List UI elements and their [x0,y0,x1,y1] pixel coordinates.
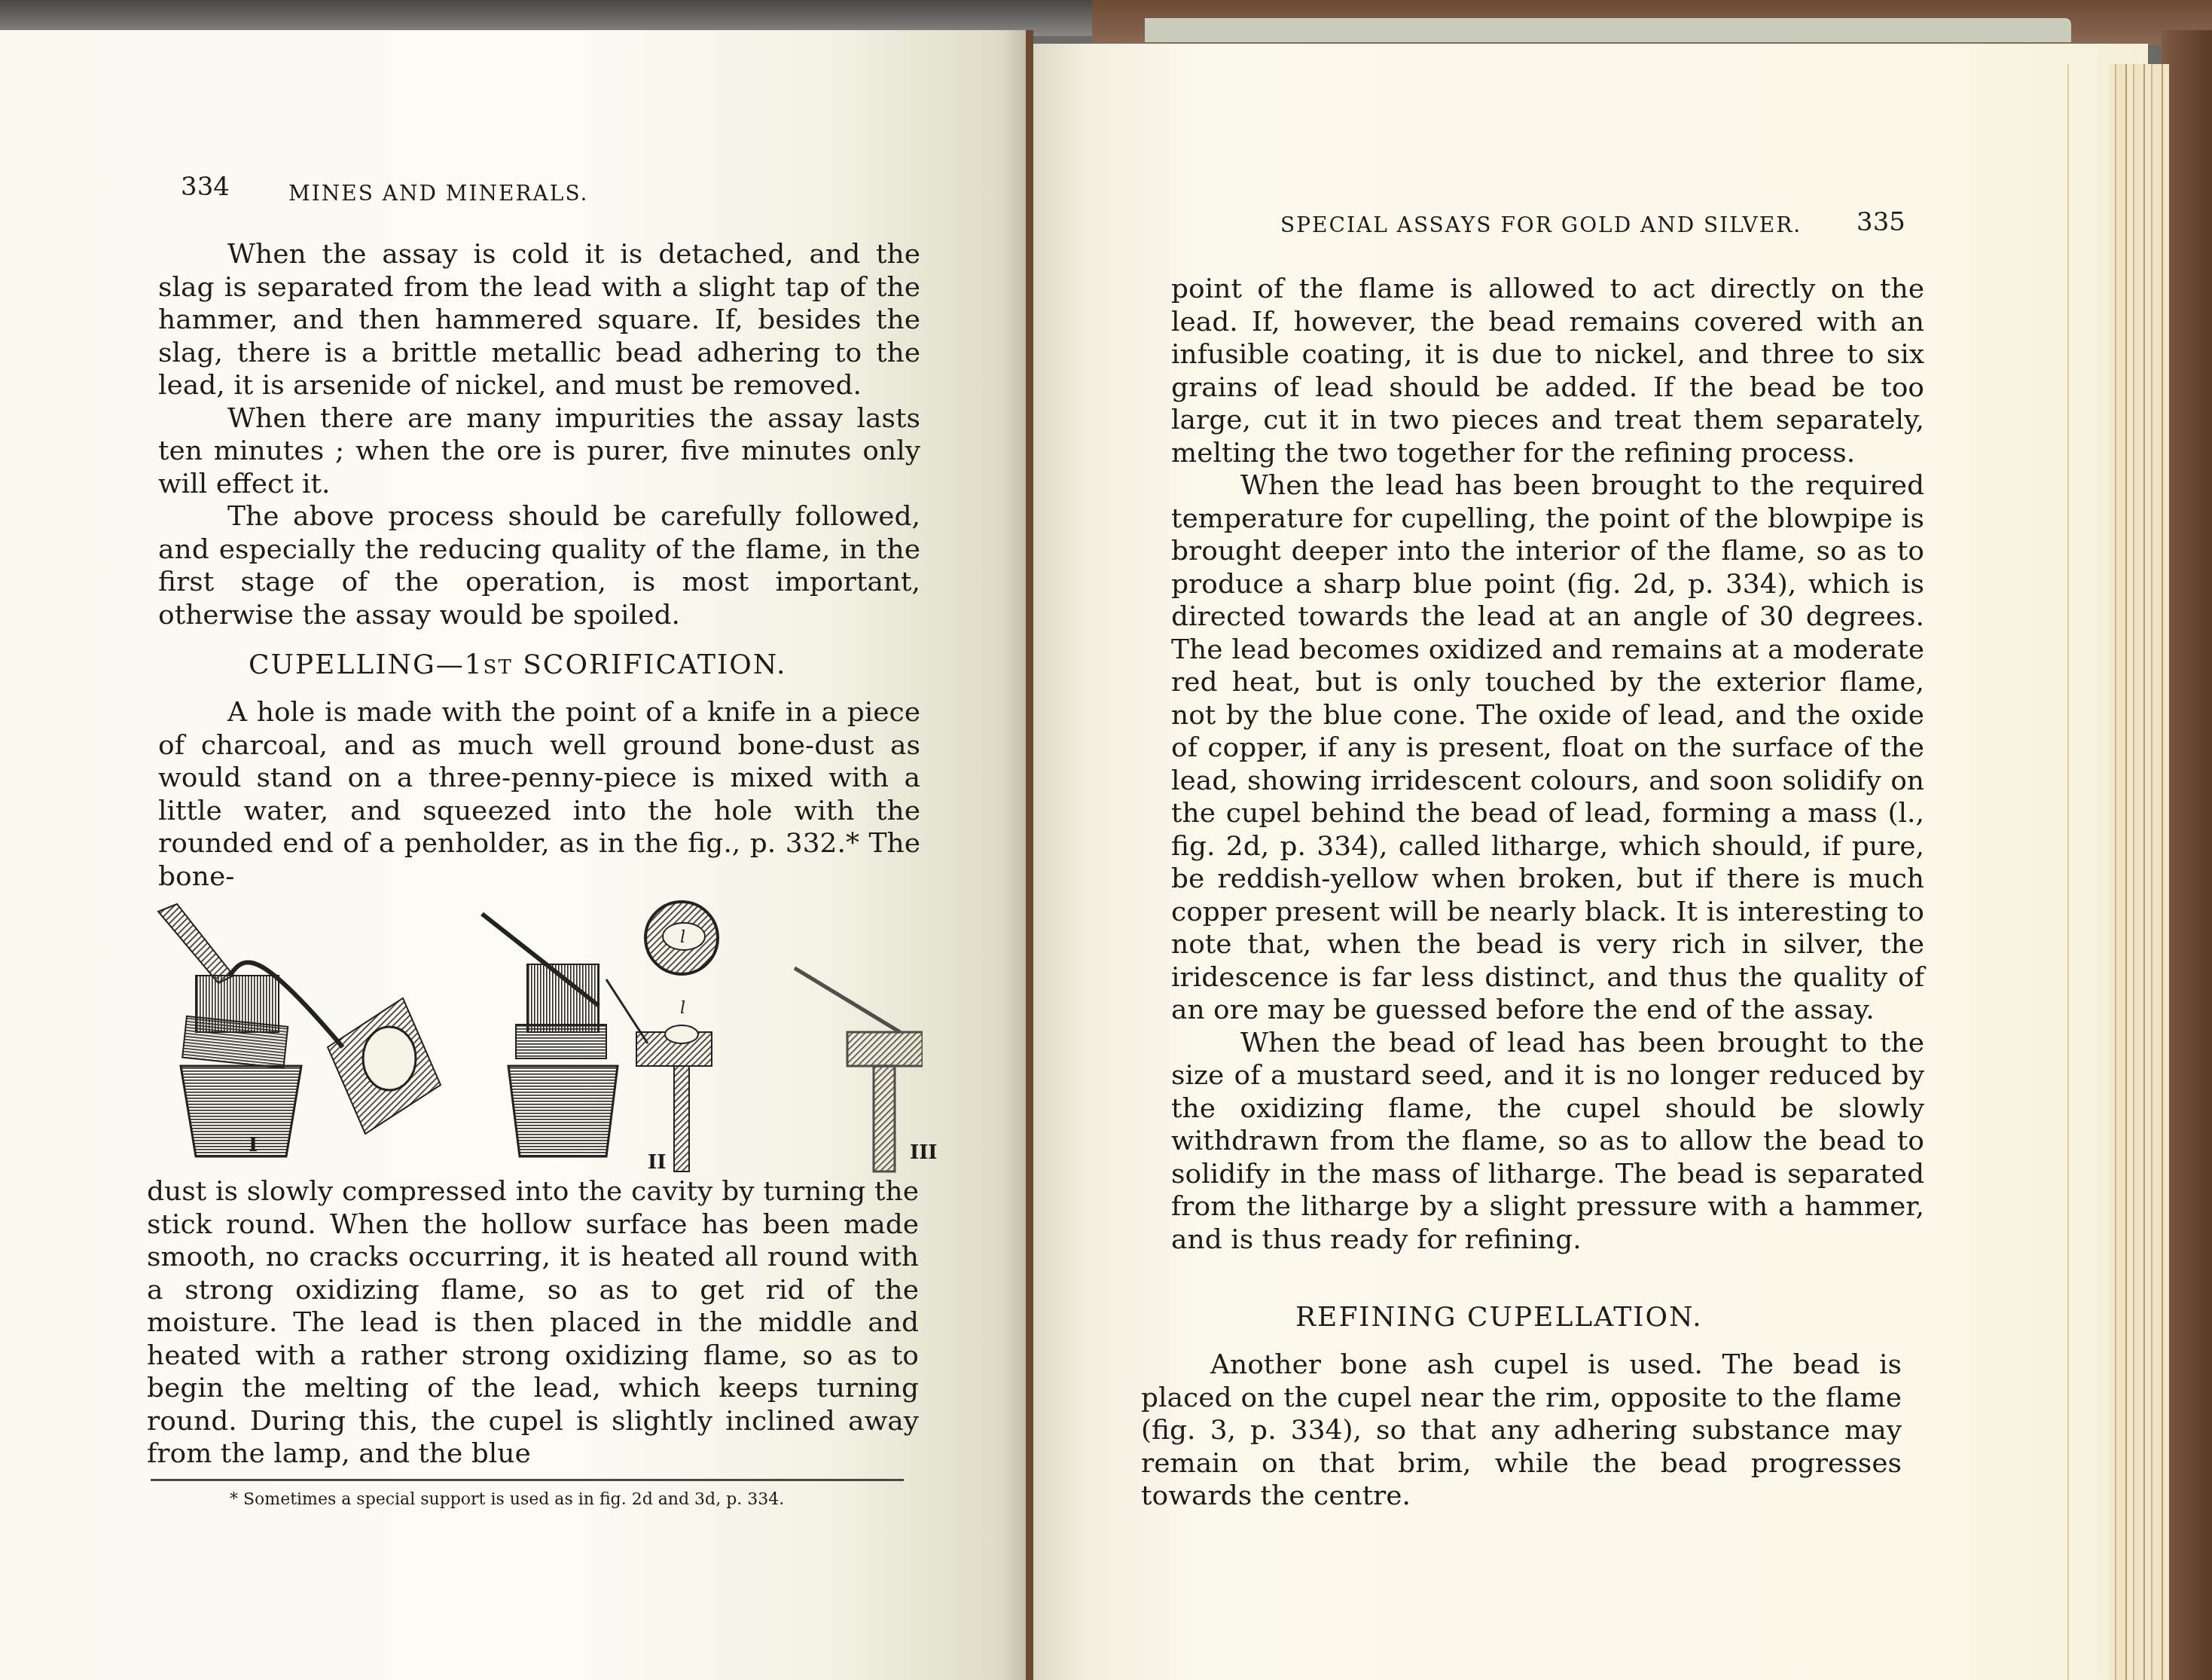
paragraph: Another bone ash cupel is used. The bead… [1141,1349,1902,1513]
svg-text:l: l [680,999,685,1018]
paragraph: When the assay is cold it is detached, a… [158,238,920,402]
section-heading-refining: REFINING CUPELLATION. [1295,1302,1703,1333]
paragraph: point of the flame is allowed to act dir… [1171,273,1924,469]
left-body-top: When the assay is cold it is detached, a… [158,238,920,631]
right-body-refining: Another bone ash cupel is used. The bead… [1141,1349,1902,1513]
figure-label-ii: II [648,1151,666,1174]
paragraph: The above process should be carefully fo… [158,500,920,631]
left-body-after-figure: dust is slowly compressed into the cavit… [147,1175,919,1471]
footnote: * Sometimes a special support is used as… [230,1490,784,1509]
paragraph: dust is slowly compressed into the cavit… [147,1175,919,1471]
book-cover-right [2162,30,2212,1680]
right-page-number: 335 [1857,207,1905,237]
left-body-before-figure: A hole is made with the point of a knife… [158,696,920,893]
paragraph: When there are many impurities the assay… [158,402,920,501]
figure-iii-cupel [795,968,923,1171]
cupellation-figure: l l [154,893,923,1179]
page-edges [2109,64,2169,1680]
figure-ii-lamp [482,914,648,1156]
book-gutter [1026,30,1033,1680]
book-cover-endpaper [1145,18,2071,42]
cupel-section: l [636,999,712,1171]
right-running-head: SPECIAL ASSAYS FOR GOLD AND SILVER. [1280,212,1802,237]
paragraph: A hole is made with the point of a knife… [158,696,920,893]
figure-label-i: I [249,1134,258,1156]
svg-text:l: l [680,928,685,947]
right-body: point of the flame is allowed to act dir… [1171,273,1924,1256]
page-edge-line [2067,64,2069,1680]
figure-label-iii: III [910,1141,938,1164]
figure-i-lamp [158,904,441,1156]
paragraph: When the lead has been brought to the re… [1171,469,1924,1027]
section-heading-cupelling: CUPELLING—1ST SCORIFICATION. [249,649,786,680]
footnote-rule [151,1479,904,1481]
left-running-head: MINES AND MINERALS. [288,181,588,206]
left-page-number: 334 [181,172,230,202]
paragraph: When the bead of lead has been brought t… [1171,1027,1924,1257]
cupel-top-view: l [645,902,718,974]
